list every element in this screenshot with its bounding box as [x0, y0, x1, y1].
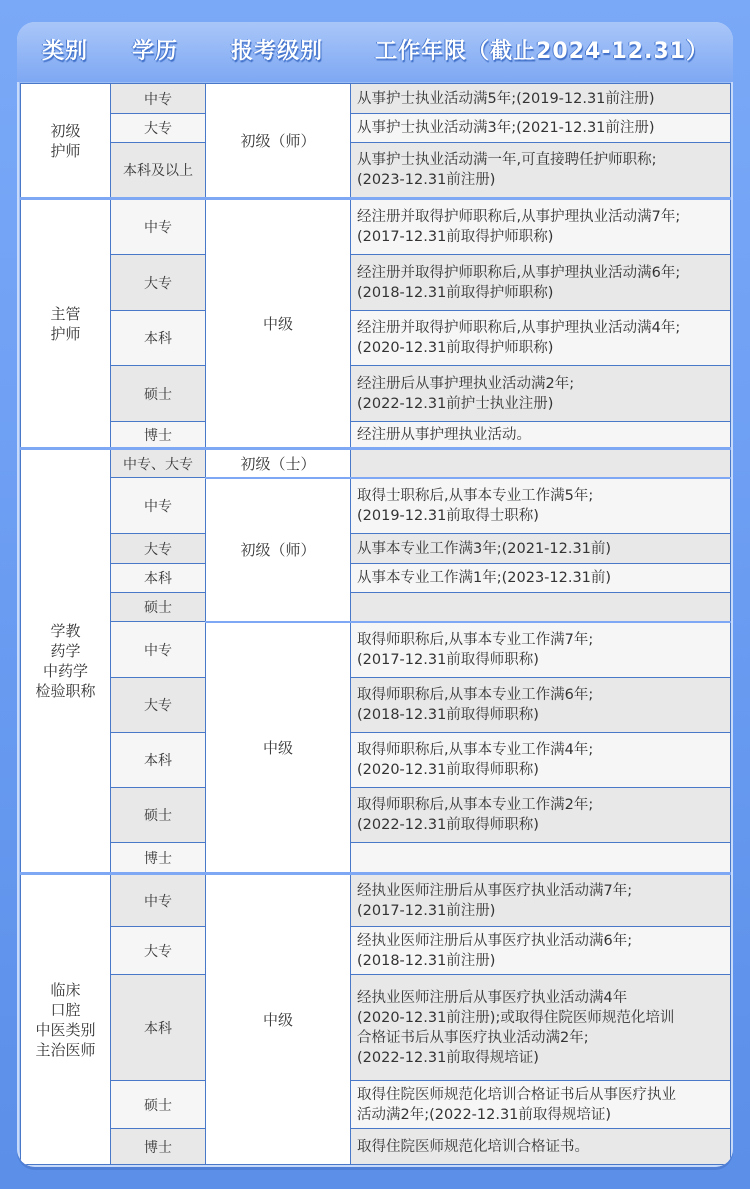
- requirement-cell: 取得住院医师规范化培训合格证书。: [351, 1129, 731, 1165]
- education-cell: 本科: [111, 564, 206, 593]
- category-cell: 主管 护师: [21, 199, 111, 449]
- category-cell: 临床 口腔 中医类别 主治医师: [21, 874, 111, 1165]
- table-row: 大专 经执业医师注册后从事医疗执业活动满6年; (2018-12.31前注册): [21, 927, 731, 975]
- table-row: 大专 取得师职称后,从事本专业工作满6年; (2018-12.31前取得师职称): [21, 678, 731, 733]
- level-cell: 中级: [206, 874, 351, 1165]
- table-row: 大专 从事护士执业活动满3年;(2021-12.31前注册): [21, 114, 731, 143]
- table-row: 临床 口腔 中医类别 主治医师 中专 中级 经执业医师注册后从事医疗执业活动满7…: [21, 874, 731, 927]
- requirement-cell: 经注册并取得护师职称后,从事护理执业活动满6年; (2018-12.31前取得护…: [351, 255, 731, 311]
- education-cell: 硕士: [111, 593, 206, 622]
- table-row: 大专 经注册并取得护师职称后,从事护理执业活动满6年; (2018-12.31前…: [21, 255, 731, 311]
- requirement-cell: 取得师职称后,从事本专业工作满2年; (2022-12.31前取得师职称): [351, 788, 731, 843]
- education-cell: 本科: [111, 311, 206, 366]
- table-row: 本科 取得师职称后,从事本专业工作满4年; (2020-12.31前取得师职称): [21, 733, 731, 788]
- education-cell: 大专: [111, 255, 206, 311]
- education-cell: 硕士: [111, 1081, 206, 1129]
- education-cell: 硕士: [111, 788, 206, 843]
- requirement-cell: 经注册从事护理执业活动。: [351, 422, 731, 449]
- table-row: 博士 经注册从事护理执业活动。: [21, 422, 731, 449]
- level-cell: 初级（师）: [206, 478, 351, 622]
- level-cell: 中级: [206, 622, 351, 874]
- table-row: 博士 取得住院医师规范化培训合格证书。: [21, 1129, 731, 1165]
- requirement-cell: 从事护士执业活动满5年;(2019-12.31前注册): [351, 84, 731, 114]
- requirement-cell: 经执业医师注册后从事医疗执业活动满7年; (2017-12.31前注册): [351, 874, 731, 927]
- header-education: 学历: [115, 36, 195, 68]
- requirement-cell: 从事本专业工作满3年;(2021-12.31前): [351, 534, 731, 564]
- level-cell: 初级（士）: [206, 449, 351, 478]
- level-cell: 初级（师）: [206, 84, 351, 199]
- requirement-cell: 取得士职称后,从事本专业工作满5年; (2019-12.31前取得士职称): [351, 478, 731, 534]
- table-row: 硕士: [21, 593, 731, 622]
- table-row: 硕士 取得师职称后,从事本专业工作满2年; (2022-12.31前取得师职称): [21, 788, 731, 843]
- education-cell: 中专: [111, 84, 206, 114]
- education-cell: 大专: [111, 678, 206, 733]
- header-category: 类别: [25, 36, 105, 68]
- table-row: 初级 护师 中专 初级（师） 从事护士执业活动满5年;(2019-12.31前注…: [21, 84, 731, 114]
- education-cell: 本科: [111, 975, 206, 1081]
- education-cell: 博士: [111, 422, 206, 449]
- education-cell: 本科及以上: [111, 143, 206, 199]
- table-row: 大专 从事本专业工作满3年;(2021-12.31前): [21, 534, 731, 564]
- education-cell: 本科: [111, 733, 206, 788]
- table-row: 本科 经注册并取得护师职称后,从事护理执业活动满4年; (2020-12.31前…: [21, 311, 731, 366]
- table-row: 博士: [21, 843, 731, 874]
- requirement-cell: [351, 593, 731, 622]
- requirement-cell: [351, 843, 731, 874]
- category-cell: 初级 护师: [21, 84, 111, 199]
- table-row: 硕士 经注册后从事护理执业活动满2年; (2022-12.31前护士执业注册): [21, 366, 731, 422]
- requirement-cell: 经执业医师注册后从事医疗执业活动满4年 (2020-12.31前注册);或取得住…: [351, 975, 731, 1081]
- education-cell: 硕士: [111, 366, 206, 422]
- requirement-cell: 经注册并取得护师职称后,从事护理执业活动满7年; (2017-12.31前取得护…: [351, 199, 731, 255]
- education-cell: 中专: [111, 622, 206, 678]
- table-row: 本科及以上 从事护士执业活动满一年,可直接聘任护师职称; (2023-12.31…: [21, 143, 731, 199]
- requirement-cell: 从事护士执业活动满3年;(2021-12.31前注册): [351, 114, 731, 143]
- requirement-cell: 取得师职称后,从事本专业工作满7年; (2017-12.31前取得师职称): [351, 622, 731, 678]
- table-row: 中专 初级（师） 取得士职称后,从事本专业工作满5年; (2019-12.31前…: [21, 478, 731, 534]
- requirement-cell: 取得住院医师规范化培训合格证书后从事医疗执业 活动满2年;(2022-12.31…: [351, 1081, 731, 1129]
- requirement-cell: 经注册并取得护师职称后,从事护理执业活动满4年; (2020-12.31前取得护…: [351, 311, 731, 366]
- education-cell: 中专: [111, 478, 206, 534]
- header-level: 报考级别: [207, 36, 347, 68]
- table-header: 类别 学历 报考级别 工作年限（截止2024-12.31）: [17, 22, 733, 82]
- requirement-cell: [351, 449, 731, 478]
- education-cell: 中专: [111, 199, 206, 255]
- education-cell: 大专: [111, 114, 206, 143]
- requirement-cell: 从事护士执业活动满一年,可直接聘任护师职称; (2023-12.31前注册): [351, 143, 731, 199]
- table-row: 本科 从事本专业工作满1年;(2023-12.31前): [21, 564, 731, 593]
- education-cell: 中专、大专: [111, 449, 206, 478]
- requirements-table: 初级 护师 中专 初级（师） 从事护士执业活动满5年;(2019-12.31前注…: [20, 83, 731, 1165]
- education-cell: 中专: [111, 874, 206, 927]
- education-cell: 大专: [111, 927, 206, 975]
- education-cell: 博士: [111, 843, 206, 874]
- table-row: 中专 中级 取得师职称后,从事本专业工作满7年; (2017-12.31前取得师…: [21, 622, 731, 678]
- requirement-cell: 取得师职称后,从事本专业工作满6年; (2018-12.31前取得师职称): [351, 678, 731, 733]
- table-row: 主管 护师 中专 中级 经注册并取得护师职称后,从事护理执业活动满7年; (20…: [21, 199, 731, 255]
- requirement-cell: 从事本专业工作满1年;(2023-12.31前): [351, 564, 731, 593]
- education-cell: 博士: [111, 1129, 206, 1165]
- header-years: 工作年限（截止2024-12.31）: [357, 36, 727, 68]
- table-row: 本科 经执业医师注册后从事医疗执业活动满4年 (2020-12.31前注册);或…: [21, 975, 731, 1081]
- qualification-table-card: 类别 学历 报考级别 工作年限（截止2024-12.31） 初级 护师 中专 初…: [17, 22, 733, 1167]
- requirement-cell: 经注册后从事护理执业活动满2年; (2022-12.31前护士执业注册): [351, 366, 731, 422]
- requirement-cell: 经执业医师注册后从事医疗执业活动满6年; (2018-12.31前注册): [351, 927, 731, 975]
- requirement-cell: 取得师职称后,从事本专业工作满4年; (2020-12.31前取得师职称): [351, 733, 731, 788]
- table-row: 学教 药学 中药学 检验职称 中专、大专 初级（士）: [21, 449, 731, 478]
- education-cell: 大专: [111, 534, 206, 564]
- level-cell: 中级: [206, 199, 351, 449]
- table-row: 硕士 取得住院医师规范化培训合格证书后从事医疗执业 活动满2年;(2022-12…: [21, 1081, 731, 1129]
- category-cell: 学教 药学 中药学 检验职称: [21, 449, 111, 874]
